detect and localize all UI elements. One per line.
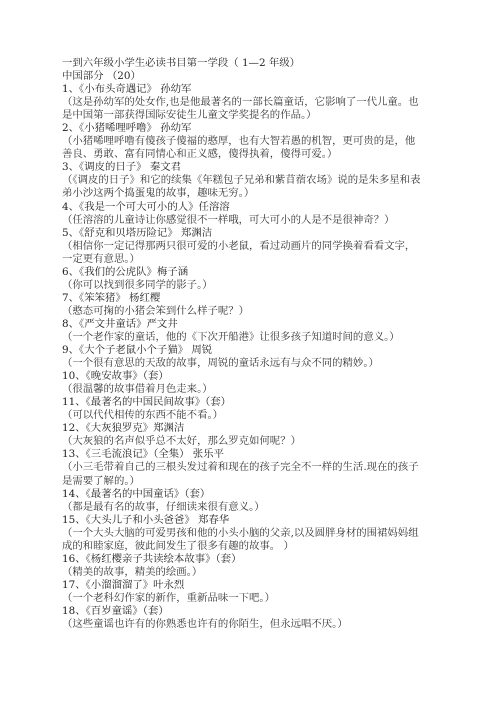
book-item-17: 17、《小溜溜溜了》叶永烈 （一个老科幻作家的新作，重新品味一下吧。） — [62, 579, 424, 605]
book-item-3: 3、《调皮的日子》 秦文君 （《调皮的日子》和它的续集《年糕包子兄弟和紫苜蓿农场… — [62, 161, 424, 200]
book-title: 13、《三毛流浪记》（全集） 张乐平 — [62, 448, 424, 461]
book-item-1: 1、《小布头奇遇记》 孙幼军 （这是孙幼军的处女作,也是他最著名的一部长篇童话，… — [62, 83, 424, 122]
book-description: （一个大头大脑的可爱男孩和他的小头小脑的父亲,以及圆胖身材的围裙妈妈组成的和睦家… — [62, 527, 424, 553]
book-item-5: 5、《舒克和贝塔历险记》 郑渊洁 （相信你一定记得那两只很可爱的小老鼠，看过动画… — [62, 227, 424, 266]
book-description: （一个老作家的童话，他的《下次开船港》让很多孩子知道时间的意义。） — [62, 331, 424, 344]
book-title: 5、《舒克和贝塔历险记》 郑渊洁 — [62, 227, 424, 240]
book-item-15: 15、《大头儿子和小头爸爸》 郑春华 （一个大头大脑的可爱男孩和他的小头小脑的父… — [62, 514, 424, 553]
book-item-7: 7、《笨笨猪》 杨红樱 （憨态可掬的小猪会笨到什么样子呢？） — [62, 292, 424, 318]
book-description: （都是最有名的故事，仔细读来很有意义。） — [62, 501, 424, 514]
book-item-10: 10、《晚安故事》（套） （很温馨的故事借着月色走来。） — [62, 370, 424, 396]
book-item-13: 13、《三毛流浪记》（全集） 张乐平 （小三毛带着自己的三根头发过着和现在的孩子… — [62, 448, 424, 487]
book-title: 17、《小溜溜溜了》叶永烈 — [62, 579, 424, 592]
book-title: 6、《我们的公虎队》梅子涵 — [62, 266, 424, 279]
book-item-11: 11、《最著名的中国民间故事》（套） （可以代代相传的东西不能不看。） — [62, 396, 424, 422]
book-title: 1、《小布头奇遇记》 孙幼军 — [62, 83, 424, 96]
document-heading: 一到六年级小学生必读书目第一学段（ 1—2 年级） — [62, 57, 424, 70]
book-description: （精美的故事，精美的绘画。） — [62, 566, 424, 579]
book-description: （《调皮的日子》和它的续集《年糕包子兄弟和紫苜蓿农场》说的是朱多星和表弟小沙这两… — [62, 174, 424, 200]
book-title: 2、《小猪唏哩呼噜》 孙幼军 — [62, 122, 424, 135]
book-item-6: 6、《我们的公虎队》梅子涵 （你可以找到很多同学的影子。） — [62, 266, 424, 292]
book-title: 16、《杨红樱亲子共读绘本故事》（套） — [62, 553, 424, 566]
book-description: （你可以找到很多同学的影子。） — [62, 279, 424, 292]
book-description: （这些童谣也许有的你熟悉也许有的你陌生，但永远唱不厌。） — [62, 618, 424, 631]
book-description: （任溶溶的儿童诗让你感觉很不一样哦，可大可小的人是不是很神奇？） — [62, 214, 424, 227]
book-title: 15、《大头儿子和小头爸爸》 郑春华 — [62, 514, 424, 527]
book-description: （很温馨的故事借着月色走来。） — [62, 383, 424, 396]
book-description: （一个老科幻作家的新作，重新品味一下吧。） — [62, 592, 424, 605]
book-title: 11、《最著名的中国民间故事》（套） — [62, 396, 424, 409]
book-item-16: 16、《杨红樱亲子共读绘本故事》（套） （精美的故事，精美的绘画。） — [62, 553, 424, 579]
book-title: 3、《调皮的日子》 秦文君 — [62, 161, 424, 174]
book-description: （相信你一定记得那两只很可爱的小老鼠，看过动画片的同学换着看看文字，一定更有意思… — [62, 240, 424, 266]
book-item-18: 18、《百岁童谣》（套） （这些童谣也许有的你熟悉也许有的你陌生，但永远唱不厌。… — [62, 605, 424, 631]
section-heading: 中国部分 （20） — [62, 70, 424, 83]
book-description: （一个很有意思的天敌的故事，周锐的童话永远有与众不同的精妙。） — [62, 357, 424, 370]
book-title: 18、《百岁童谣》（套） — [62, 605, 424, 618]
book-title: 12、《大灰狼罗克》郑渊洁 — [62, 422, 424, 435]
book-item-12: 12、《大灰狼罗克》郑渊洁 （大灰狼的名声似乎总不太好，那么罗克如何呢？） — [62, 422, 424, 448]
book-description: （小三毛带着自己的三根头发过着和现在的孩子完全不一样的生活.现在的孩子是需要了解… — [62, 461, 424, 487]
book-title: 7、《笨笨猪》 杨红樱 — [62, 292, 424, 305]
book-title: 14、《最著名的中国童话》（套） — [62, 488, 424, 501]
book-description: （大灰狼的名声似乎总不太好，那么罗克如何呢？） — [62, 435, 424, 448]
book-title: 4、《我是一个可大可小的人》任溶溶 — [62, 201, 424, 214]
book-description: （可以代代相传的东西不能不看。） — [62, 409, 424, 422]
book-description: （这是孙幼军的处女作,也是他最著名的一部长篇童话，它影响了一代儿童。也是中国第一… — [62, 96, 424, 122]
document-page: 一到六年级小学生必读书目第一学段（ 1—2 年级） 中国部分 （20） 1、《小… — [62, 57, 424, 631]
book-description: （小猪唏哩呼噜有傻孩子傻福的憨厚，也有大智若愚的机智，更可贵的是，他善良、勇敢、… — [62, 135, 424, 161]
book-item-8: 8、《严文井童话》严文井 （一个老作家的童话，他的《下次开船港》让很多孩子知道时… — [62, 318, 424, 344]
book-title: 8、《严文井童话》严文井 — [62, 318, 424, 331]
book-item-4: 4、《我是一个可大可小的人》任溶溶 （任溶溶的儿童诗让你感觉很不一样哦，可大可小… — [62, 201, 424, 227]
book-title: 9、《大个子老鼠小个子猫》 周锐 — [62, 344, 424, 357]
book-item-2: 2、《小猪唏哩呼噜》 孙幼军 （小猪唏哩呼噜有傻孩子傻福的憨厚，也有大智若愚的机… — [62, 122, 424, 161]
book-description: （憨态可掬的小猪会笨到什么样子呢？） — [62, 305, 424, 318]
book-title: 10、《晚安故事》（套） — [62, 370, 424, 383]
book-item-9: 9、《大个子老鼠小个子猫》 周锐 （一个很有意思的天敌的故事，周锐的童话永远有与… — [62, 344, 424, 370]
book-item-14: 14、《最著名的中国童话》（套） （都是最有名的故事，仔细读来很有意义。） — [62, 488, 424, 514]
